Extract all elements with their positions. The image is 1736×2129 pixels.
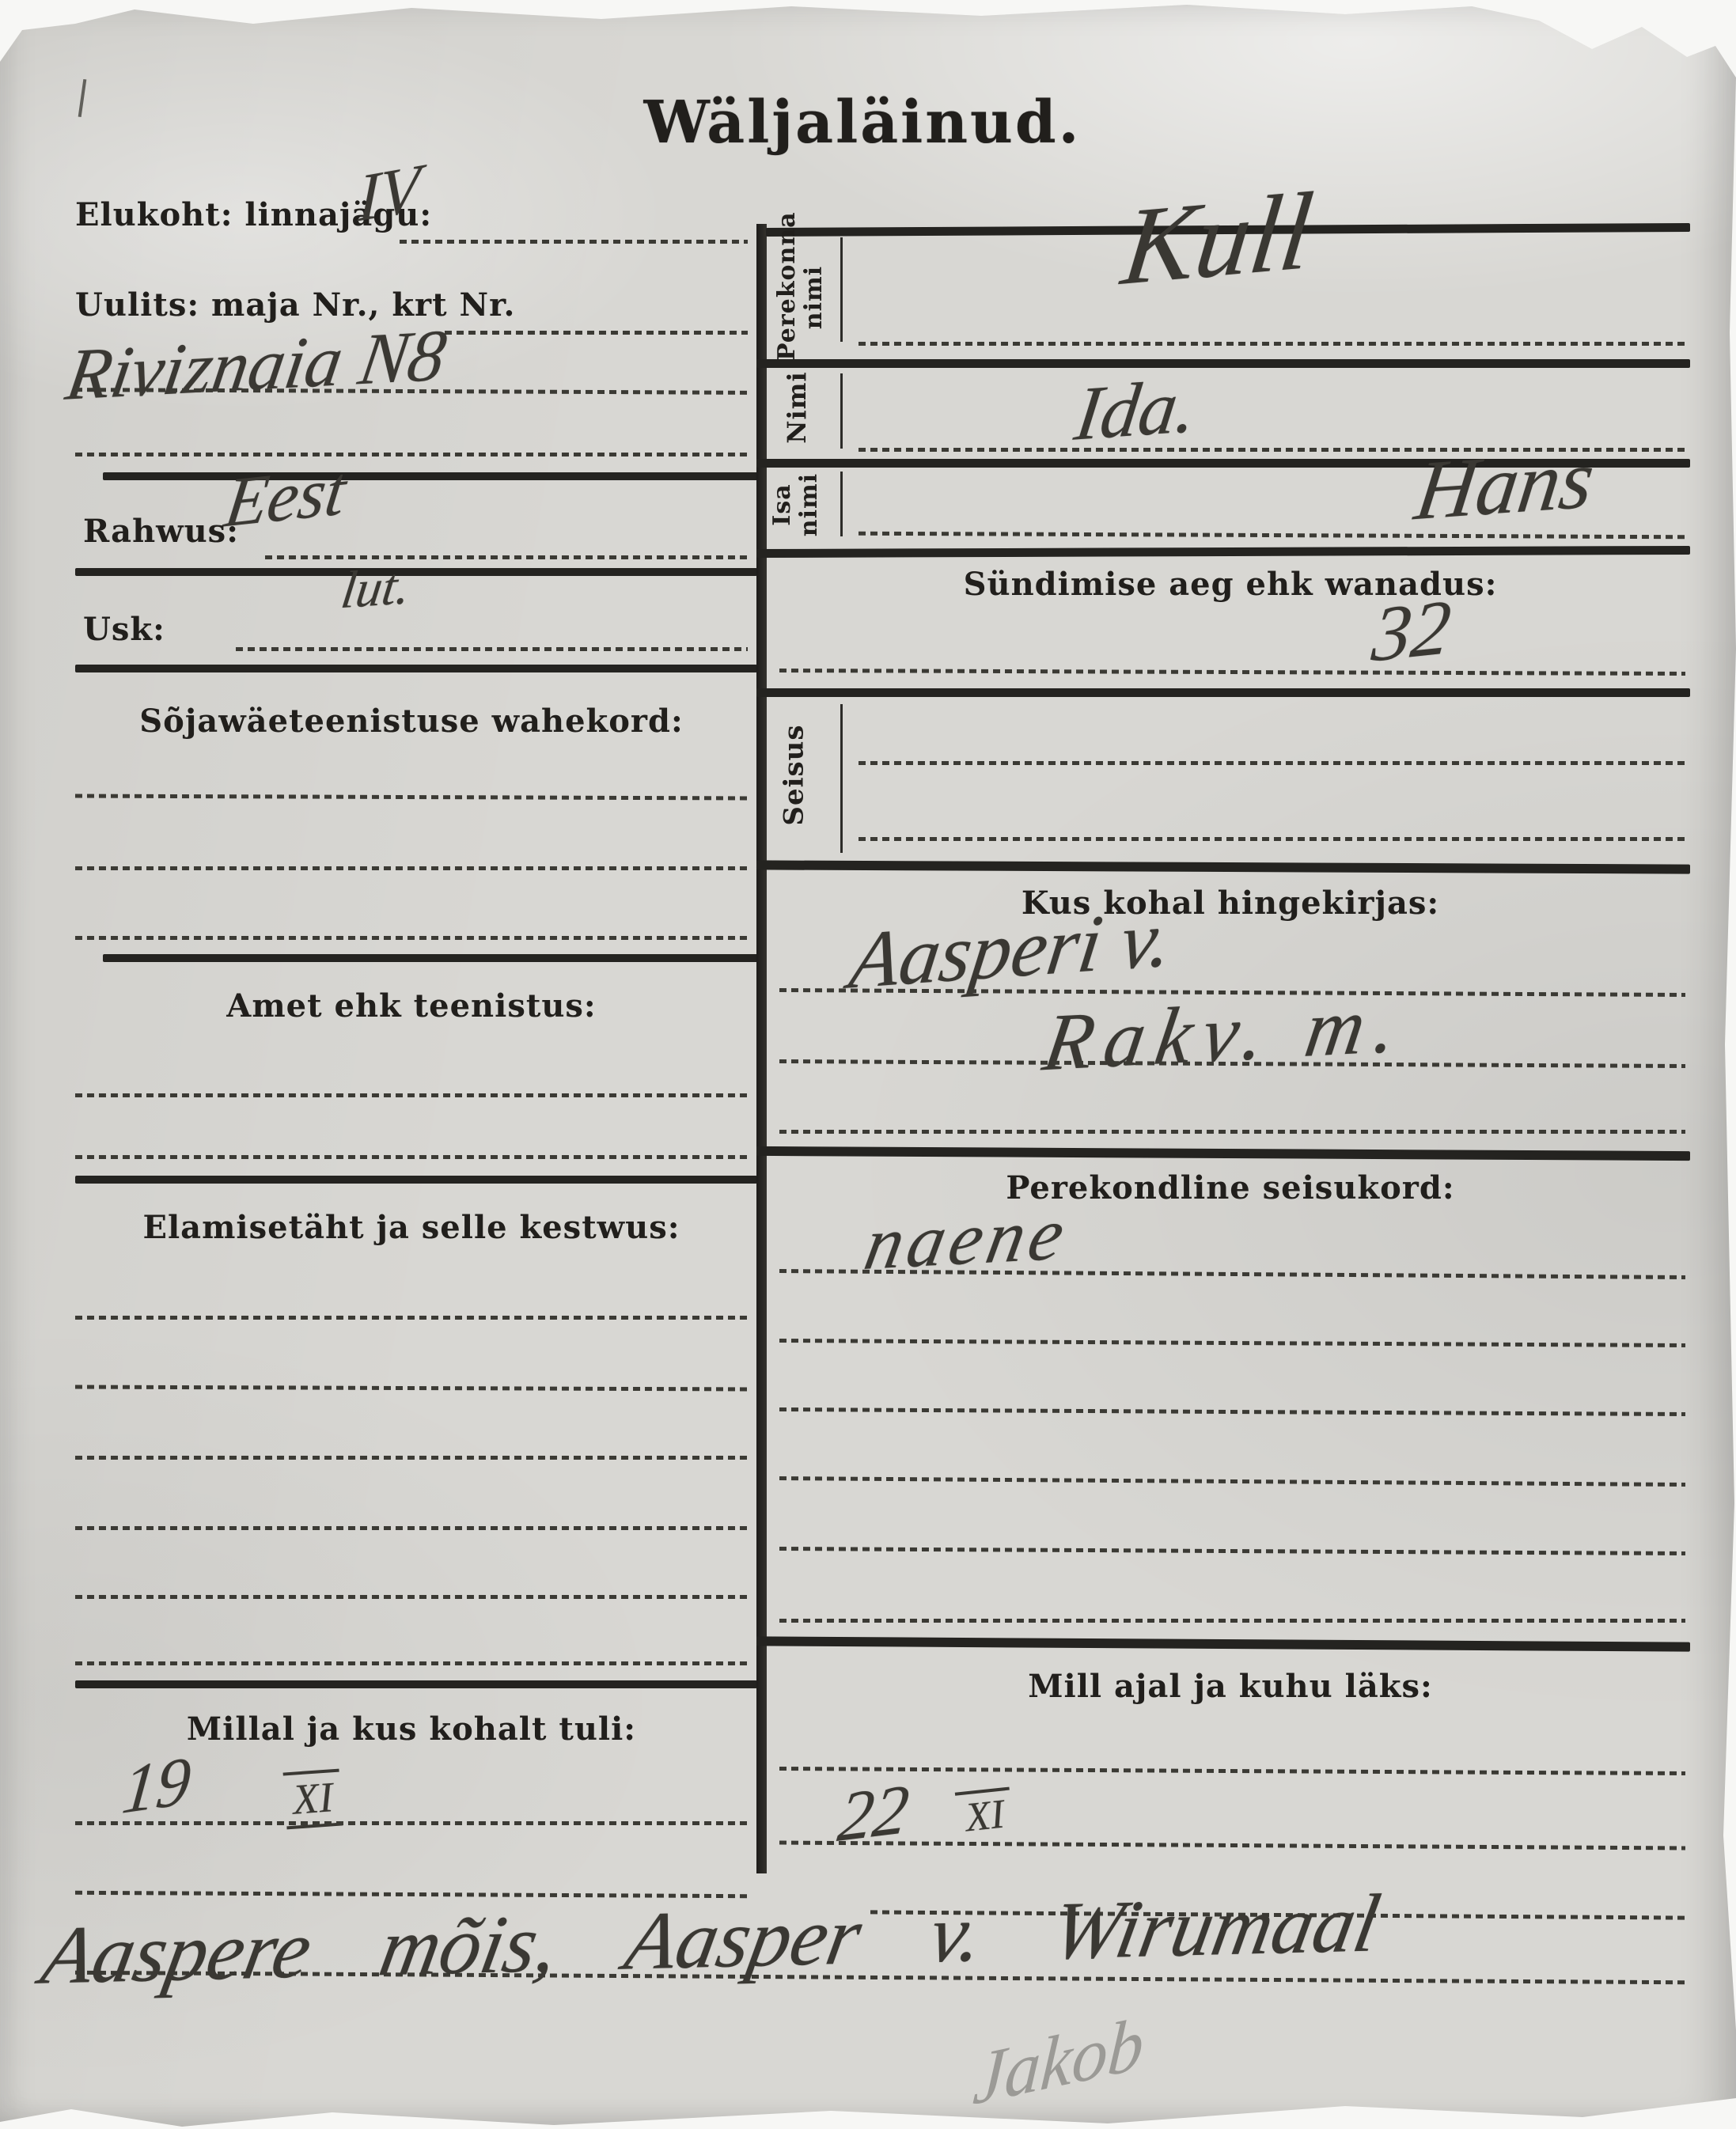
dotted-line [75, 794, 748, 801]
rule-bar [756, 1636, 1690, 1651]
rule-bar [756, 860, 1690, 873]
dotted-line [859, 837, 1685, 841]
field-label-family-name: Perekonna nimi [774, 234, 836, 361]
handwritten-religion: lut. [338, 556, 415, 622]
dotted-line [75, 936, 748, 940]
field-label-father-name: Isa nimi [769, 469, 832, 540]
roman-numeral-month: XI [283, 1769, 343, 1830]
rule-bar [103, 954, 758, 962]
rule-bar [756, 546, 1690, 558]
handwritten-father-name: Hans [1410, 430, 1601, 540]
handwritten-first-name: Ida. [1070, 361, 1202, 458]
dotted-line [265, 555, 748, 559]
handwritten-age: 32 [1368, 582, 1454, 680]
rule-bar [75, 1680, 757, 1688]
rule-bar [75, 568, 757, 576]
dotted-line [75, 1661, 748, 1665]
rule-bar [756, 359, 1690, 368]
dotted-line [779, 1547, 1685, 1555]
dotted-line [75, 1526, 748, 1530]
rule-bar [103, 472, 760, 480]
section-heading-occupation: Amet ehk teenistus: [75, 987, 748, 1025]
dotted-line [75, 453, 748, 456]
dotted-line [236, 647, 748, 651]
stray-ink-mark [78, 79, 87, 117]
dotted-line [859, 761, 1685, 765]
handwritten-nationality: Eest [220, 450, 351, 544]
dotted-line [779, 1407, 1685, 1416]
dotted-line [779, 1841, 1685, 1851]
form-title: Wäljaläinud. [506, 89, 1219, 157]
field-label-first-name: Nimi [783, 364, 823, 451]
dotted-line [859, 342, 1685, 346]
dotted-line [75, 1155, 748, 1159]
dotted-line [445, 331, 748, 335]
field-label-status: Seisus [779, 708, 823, 843]
dotted-line [779, 669, 1685, 676]
rule-bar [75, 665, 757, 672]
dotted-line [779, 1130, 1685, 1134]
dotted-line [779, 1476, 1685, 1487]
handwritten-residence-district: IV [357, 149, 422, 238]
handwritten-family-name: Kull [1116, 166, 1320, 310]
dotted-line [75, 1316, 748, 1320]
label-separator-line [840, 704, 843, 853]
dotted-line [779, 1767, 1685, 1775]
dotted-line [859, 532, 1685, 540]
column-divider [756, 224, 767, 1873]
roman-numeral-month: XI [955, 1787, 1015, 1844]
dotted-line [75, 1385, 748, 1392]
label-separator-line [840, 237, 843, 342]
dotted-line [75, 1821, 748, 1825]
field-label-religion: Usk: [83, 611, 165, 648]
dotted-line [75, 1595, 748, 1599]
dotted-line [75, 866, 748, 870]
handwritten-arrival-month: XI [283, 1769, 343, 1830]
label-separator-line [840, 472, 843, 536]
rule-bar [75, 1176, 757, 1184]
paper-sheet: Wäljaläinud. Elukoht: linnajägu: IV Uuli… [0, 0, 1736, 2129]
dotted-line [779, 1339, 1685, 1347]
section-heading-departure: Mill ajal ja kuhu läks: [771, 1668, 1689, 1705]
pencil-note-name: Jakob [971, 1999, 1147, 2123]
handwritten-parish-line2: Rakv. m. [1037, 977, 1415, 1089]
dotted-line [779, 1619, 1685, 1623]
section-heading-military-service: Sõjawäeteenistuse wahekord: [75, 703, 748, 740]
label-separator-line [840, 373, 843, 449]
scanned-registration-form: Wäljaläinud. Elukoht: linnajägu: IV Uuli… [0, 0, 1736, 2129]
field-label-nationality: Rahwus: [83, 513, 239, 550]
handwritten-arrival-day: 19 [119, 1740, 195, 1830]
section-heading-residence-permit: Elamisetäht ja selle kestwus: [75, 1209, 748, 1246]
handwritten-street-address: Riviznaia N8 [61, 313, 452, 417]
dotted-line [400, 240, 748, 244]
section-heading-birth-age: Sündimise aeg ehk wanadus: [771, 566, 1689, 603]
rule-bar [756, 688, 1690, 697]
rule-bar [756, 1146, 1690, 1161]
handwritten-departure-month: XI [955, 1787, 1015, 1844]
dotted-line [75, 1456, 748, 1460]
dotted-line [75, 1093, 748, 1097]
